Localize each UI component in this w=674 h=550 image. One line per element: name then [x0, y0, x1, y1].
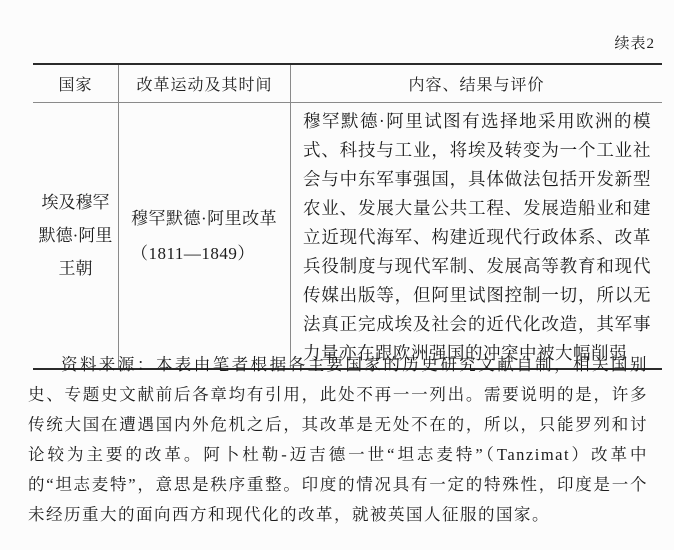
table-continuation-label: 续表2 [614, 32, 655, 53]
table-header-row: 国家 改革运动及其时间 内容、结果与评价 [33, 65, 662, 103]
cell-reform-and-time: 穆罕默德·阿里改革（1811—1849） [118, 103, 290, 368]
book-page: { "page": { "continuation_label": "续表2" … [0, 0, 674, 550]
country-text: 埃及穆罕默德·阿里王朝 [38, 186, 114, 285]
cell-country: 埃及穆罕默德·阿里王朝 [33, 103, 118, 368]
header-cell-country: 国家 [33, 65, 118, 102]
reform-and-time-text: 穆罕默德·阿里改革（1811—1849） [119, 201, 289, 271]
header-cell-content-result-evaluation: 内容、结果与评价 [290, 65, 662, 102]
header-cell-reform-and-time: 改革运动及其时间 [118, 65, 290, 102]
source-note: 资料来源：本表由笔者根据各主要国家的历史研究文献自制，相关国别史、专题史文献前后… [28, 350, 648, 530]
cell-content-result-evaluation: 穆罕默德·阿里试图有选择地采用欧洲的模式、科技与工业，将埃及转变为一个工业社会与… [290, 103, 662, 368]
reform-table: 国家 改革运动及其时间 内容、结果与评价 埃及穆罕默德·阿里王朝 穆罕默德·阿里… [33, 63, 662, 370]
table-row: 埃及穆罕默德·阿里王朝 穆罕默德·阿里改革（1811—1849） 穆罕默德·阿里… [33, 103, 662, 368]
